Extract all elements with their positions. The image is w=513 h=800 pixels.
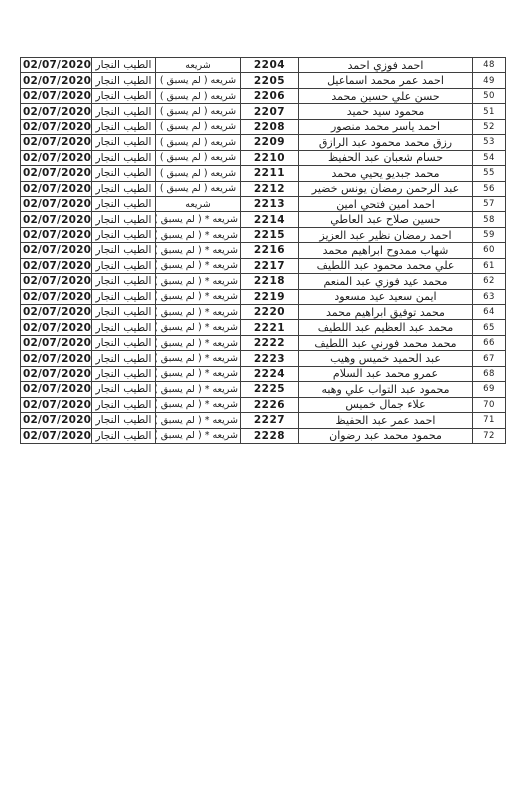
table-row: 49 احمد عمر محمد اسماعيل 2205 شريعه ( لم… — [21, 73, 506, 88]
row-id-number: 2209 — [241, 135, 299, 150]
row-org-name: الطيب النجار — [92, 104, 156, 119]
row-person-name: احمد امين فتحي امين — [299, 196, 473, 211]
table-row: 54 حسام شعبان عبد الحفيظ 2210 شريعه ( لم… — [21, 150, 506, 165]
row-serial-number: 72 — [473, 428, 506, 443]
row-serial-number: 50 — [473, 88, 506, 103]
row-serial-number: 62 — [473, 274, 506, 289]
row-person-name: احمد فوزي احمد — [299, 58, 473, 73]
table-row: 51 محمود سيد حميد 2207 شريعه ( لم يسبق )… — [21, 104, 506, 119]
row-id-number: 2206 — [241, 88, 299, 103]
row-date: 02/07/2020 — [21, 289, 92, 304]
row-serial-number: 54 — [473, 150, 506, 165]
row-date: 02/07/2020 — [21, 196, 92, 211]
row-org-name: الطيب النجار — [92, 212, 156, 227]
row-sharia-status: شريعه — [156, 58, 241, 73]
row-person-name: محمود سيد حميد — [299, 104, 473, 119]
row-id-number: 2205 — [241, 73, 299, 88]
row-person-name: احمد رمضان نظير عبد العزيز — [299, 227, 473, 242]
table-row: 63 ايمن سعيد عيد مسعود 2219 شريعه * ( لم… — [21, 289, 506, 304]
row-org-name: الطيب النجار — [92, 397, 156, 412]
row-org-name: الطيب النجار — [92, 119, 156, 134]
row-date: 02/07/2020 — [21, 135, 92, 150]
row-person-name: حسن علي حسين محمد — [299, 88, 473, 103]
row-date: 02/07/2020 — [21, 351, 92, 366]
row-person-name: محمد توفيق ابراهيم محمد — [299, 305, 473, 320]
row-person-name: عمرو محمد عبد السلام — [299, 366, 473, 381]
row-serial-number: 49 — [473, 73, 506, 88]
row-sharia-status: شريعه * ( لم يسبق ) — [156, 243, 241, 258]
table-row: 57 احمد امين فتحي امين 2213 شريعه الطيب … — [21, 196, 506, 211]
table-row: 55 محمد جبديو يحيي محمد 2211 شريعه ( لم … — [21, 166, 506, 181]
row-id-number: 2221 — [241, 320, 299, 335]
row-serial-number: 61 — [473, 258, 506, 273]
row-serial-number: 56 — [473, 181, 506, 196]
row-date: 02/07/2020 — [21, 258, 92, 273]
row-id-number: 2211 — [241, 166, 299, 181]
roster-table: 48 احمد فوزي احمد 2204 شريعه الطيب النجا… — [20, 57, 506, 444]
row-person-name: عبد الرحمن رمضان يونس خضير — [299, 181, 473, 196]
row-sharia-status: شريعه * ( لم يسبق ) — [156, 413, 241, 428]
row-org-name: الطيب النجار — [92, 227, 156, 242]
row-id-number: 2225 — [241, 382, 299, 397]
row-org-name: الطيب النجار — [92, 274, 156, 289]
row-sharia-status: شريعه * ( لم يسبق ) — [156, 305, 241, 320]
row-sharia-status: شريعه ( لم يسبق ) — [156, 88, 241, 103]
row-org-name: الطيب النجار — [92, 320, 156, 335]
row-serial-number: 59 — [473, 227, 506, 242]
row-id-number: 2213 — [241, 196, 299, 211]
row-id-number: 2223 — [241, 351, 299, 366]
row-person-name: احمد عمر محمد اسماعيل — [299, 73, 473, 88]
row-person-name: حسين صلاح عبد العاطي — [299, 212, 473, 227]
row-date: 02/07/2020 — [21, 150, 92, 165]
row-serial-number: 65 — [473, 320, 506, 335]
row-org-name: الطيب النجار — [92, 243, 156, 258]
row-org-name: الطيب النجار — [92, 58, 156, 73]
row-org-name: الطيب النجار — [92, 351, 156, 366]
table-row: 61 علي محمد محمود عبد اللطيف 2217 شريعه … — [21, 258, 506, 273]
row-date: 02/07/2020 — [21, 335, 92, 350]
row-id-number: 2218 — [241, 274, 299, 289]
row-date: 02/07/2020 — [21, 227, 92, 242]
row-serial-number: 63 — [473, 289, 506, 304]
row-sharia-status: شريعه ( لم يسبق ) — [156, 119, 241, 134]
row-id-number: 2226 — [241, 397, 299, 412]
row-serial-number: 55 — [473, 166, 506, 181]
table-row: 60 شهاب ممدوح ابراهيم محمد 2216 شريعه * … — [21, 243, 506, 258]
scanned-document-page: 48 احمد فوزي احمد 2204 شريعه الطيب النجا… — [0, 0, 513, 800]
row-date: 02/07/2020 — [21, 428, 92, 443]
row-date: 02/07/2020 — [21, 320, 92, 335]
row-person-name: شهاب ممدوح ابراهيم محمد — [299, 243, 473, 258]
row-org-name: الطيب النجار — [92, 289, 156, 304]
row-sharia-status: شريعه * ( لم يسبق ) — [156, 351, 241, 366]
row-sharia-status: شريعه ( لم يسبق ) — [156, 150, 241, 165]
table-row: 56 عبد الرحمن رمضان يونس خضير 2212 شريعه… — [21, 181, 506, 196]
row-date: 02/07/2020 — [21, 382, 92, 397]
row-person-name: محمد عيد فوزي عبد المنعم — [299, 274, 473, 289]
row-serial-number: 71 — [473, 413, 506, 428]
row-date: 02/07/2020 — [21, 243, 92, 258]
row-sharia-status: شريعه — [156, 196, 241, 211]
table-row: 72 محمود محمد عبد رضوان 2228 شريعه * ( ل… — [21, 428, 506, 443]
roster-table-body: 48 احمد فوزي احمد 2204 شريعه الطيب النجا… — [21, 58, 506, 444]
row-org-name: الطيب النجار — [92, 258, 156, 273]
row-person-name: علاء جمال خميس — [299, 397, 473, 412]
row-date: 02/07/2020 — [21, 366, 92, 381]
row-serial-number: 58 — [473, 212, 506, 227]
table-row: 65 محمد عبد العظيم عبد اللطيف 2221 شريعه… — [21, 320, 506, 335]
row-sharia-status: شريعه ( لم يسبق ) — [156, 166, 241, 181]
row-date: 02/07/2020 — [21, 88, 92, 103]
table-row: 66 محمد محمد فورني عبد اللطيف 2222 شريعه… — [21, 335, 506, 350]
row-serial-number: 69 — [473, 382, 506, 397]
row-serial-number: 60 — [473, 243, 506, 258]
row-serial-number: 53 — [473, 135, 506, 150]
row-sharia-status: شريعه * ( لم يسبق ) — [156, 274, 241, 289]
row-date: 02/07/2020 — [21, 274, 92, 289]
row-sharia-status: شريعه * ( لم يسبق ) — [156, 366, 241, 381]
row-date: 02/07/2020 — [21, 212, 92, 227]
row-org-name: الطيب النجار — [92, 150, 156, 165]
row-org-name: الطيب النجار — [92, 428, 156, 443]
row-serial-number: 51 — [473, 104, 506, 119]
row-sharia-status: شريعه * ( لم يسبق ) — [156, 212, 241, 227]
row-sharia-status: شريعه ( لم يسبق ) — [156, 104, 241, 119]
row-sharia-status: شريعه * ( لم يسبق ) — [156, 382, 241, 397]
row-person-name: محمد عبد العظيم عبد اللطيف — [299, 320, 473, 335]
table-row: 59 احمد رمضان نظير عبد العزيز 2215 شريعه… — [21, 227, 506, 242]
row-date: 02/07/2020 — [21, 305, 92, 320]
row-person-name: محمد محمد فورني عبد اللطيف — [299, 335, 473, 350]
row-sharia-status: شريعه * ( لم يسبق ) — [156, 320, 241, 335]
row-date: 02/07/2020 — [21, 73, 92, 88]
row-org-name: الطيب النجار — [92, 135, 156, 150]
row-person-name: احمد ياسر محمد منصور — [299, 119, 473, 134]
row-person-name: محمد جبديو يحيي محمد — [299, 166, 473, 181]
row-org-name: الطيب النجار — [92, 73, 156, 88]
table-row: 53 رزق محمد محمود عبد الرازق 2209 شريعه … — [21, 135, 506, 150]
row-org-name: الطيب النجار — [92, 413, 156, 428]
row-org-name: الطيب النجار — [92, 366, 156, 381]
row-date: 02/07/2020 — [21, 58, 92, 73]
row-person-name: احمد عمر عبد الحفيظ — [299, 413, 473, 428]
row-person-name: علي محمد محمود عبد اللطيف — [299, 258, 473, 273]
row-person-name: محمود محمد عبد رضوان — [299, 428, 473, 443]
row-id-number: 2219 — [241, 289, 299, 304]
row-id-number: 2220 — [241, 305, 299, 320]
row-serial-number: 67 — [473, 351, 506, 366]
row-person-name: ايمن سعيد عيد مسعود — [299, 289, 473, 304]
table-row: 67 عبد الحميد خميس وهيب 2223 شريعه * ( ل… — [21, 351, 506, 366]
row-date: 02/07/2020 — [21, 119, 92, 134]
row-serial-number: 68 — [473, 366, 506, 381]
row-sharia-status: شريعه ( لم يسبق ) — [156, 135, 241, 150]
row-id-number: 2224 — [241, 366, 299, 381]
row-sharia-status: شريعه * ( لم يسبق ) — [156, 335, 241, 350]
row-id-number: 2228 — [241, 428, 299, 443]
row-sharia-status: شريعه * ( لم يسبق ) — [156, 289, 241, 304]
row-org-name: الطيب النجار — [92, 88, 156, 103]
row-sharia-status: شريعه * ( لم يسبق ) — [156, 227, 241, 242]
row-org-name: الطيب النجار — [92, 382, 156, 397]
row-id-number: 2216 — [241, 243, 299, 258]
row-date: 02/07/2020 — [21, 397, 92, 412]
table-row: 64 محمد توفيق ابراهيم محمد 2220 شريعه * … — [21, 305, 506, 320]
row-person-name: عبد الحميد خميس وهيب — [299, 351, 473, 366]
row-serial-number: 64 — [473, 305, 506, 320]
table-row: 58 حسين صلاح عبد العاطي 2214 شريعه * ( ل… — [21, 212, 506, 227]
table-row: 52 احمد ياسر محمد منصور 2208 شريعه ( لم … — [21, 119, 506, 134]
row-org-name: الطيب النجار — [92, 196, 156, 211]
row-id-number: 2217 — [241, 258, 299, 273]
row-id-number: 2210 — [241, 150, 299, 165]
row-id-number: 2212 — [241, 181, 299, 196]
table-row: 69 محمود عبد التواب علي وهبه 2225 شريعه … — [21, 382, 506, 397]
row-date: 02/07/2020 — [21, 413, 92, 428]
row-sharia-status: شريعه * ( لم يسبق ) — [156, 428, 241, 443]
row-org-name: الطيب النجار — [92, 166, 156, 181]
row-person-name: محمود عبد التواب علي وهبه — [299, 382, 473, 397]
table-row: 50 حسن علي حسين محمد 2206 شريعه ( لم يسب… — [21, 88, 506, 103]
row-org-name: الطيب النجار — [92, 181, 156, 196]
row-sharia-status: شريعه * ( لم يسبق ) — [156, 258, 241, 273]
row-serial-number: 57 — [473, 196, 506, 211]
table-row: 62 محمد عيد فوزي عبد المنعم 2218 شريعه *… — [21, 274, 506, 289]
row-person-name: حسام شعبان عبد الحفيظ — [299, 150, 473, 165]
table-row: 70 علاء جمال خميس 2226 شريعه * ( لم يسبق… — [21, 397, 506, 412]
row-sharia-status: شريعه * ( لم يسبق ) — [156, 397, 241, 412]
row-date: 02/07/2020 — [21, 104, 92, 119]
row-id-number: 2204 — [241, 58, 299, 73]
row-id-number: 2227 — [241, 413, 299, 428]
table-row: 48 احمد فوزي احمد 2204 شريعه الطيب النجا… — [21, 58, 506, 73]
row-id-number: 2214 — [241, 212, 299, 227]
row-person-name: رزق محمد محمود عبد الرازق — [299, 135, 473, 150]
row-id-number: 2215 — [241, 227, 299, 242]
table-row: 71 احمد عمر عبد الحفيظ 2227 شريعه * ( لم… — [21, 413, 506, 428]
row-serial-number: 70 — [473, 397, 506, 412]
row-id-number: 2208 — [241, 119, 299, 134]
row-serial-number: 48 — [473, 58, 506, 73]
row-date: 02/07/2020 — [21, 166, 92, 181]
row-id-number: 2207 — [241, 104, 299, 119]
row-org-name: الطيب النجار — [92, 305, 156, 320]
row-org-name: الطيب النجار — [92, 335, 156, 350]
row-serial-number: 52 — [473, 119, 506, 134]
row-sharia-status: شريعه ( لم يسبق ) — [156, 181, 241, 196]
row-date: 02/07/2020 — [21, 181, 92, 196]
row-serial-number: 66 — [473, 335, 506, 350]
row-sharia-status: شريعه ( لم يسبق ) — [156, 73, 241, 88]
table-row: 68 عمرو محمد عبد السلام 2224 شريعه * ( ل… — [21, 366, 506, 381]
row-id-number: 2222 — [241, 335, 299, 350]
